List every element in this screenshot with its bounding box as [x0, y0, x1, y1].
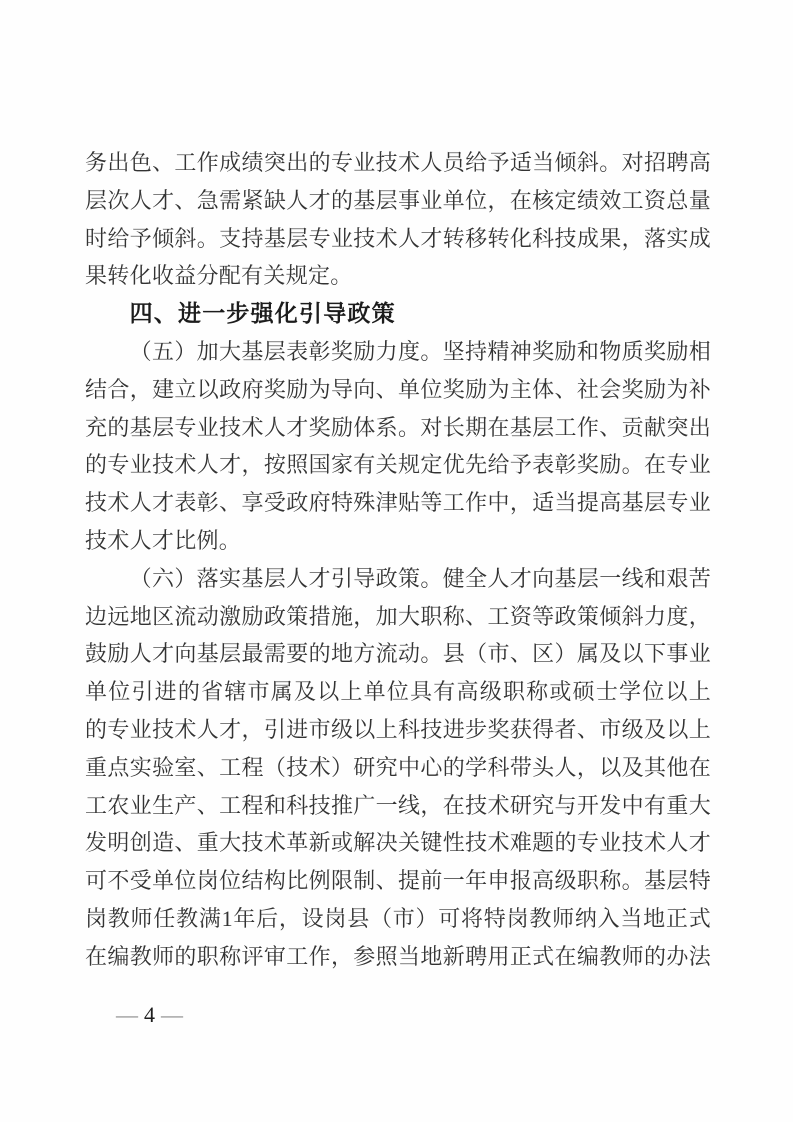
paragraph-start-line: （五）加大基层表彰奖励力度。坚持精神奖励和物质奖励相 — [85, 333, 711, 371]
page-number: —4— — [110, 1000, 189, 1030]
section-heading-line: 四、进一步强化引导政策 — [85, 295, 711, 333]
text-line: 发明创造、重大技术革新或解决关键性技术难题的专业技术人才 — [85, 824, 711, 862]
text-line: 鼓励人才向基层最需要的地方流动。县（市、区）属及以下事业 — [85, 635, 711, 673]
text-line: 技术人才比例。 — [85, 522, 711, 560]
text-line: 层次人才、急需紧缺人才的基层事业单位，在核定绩效工资总量 — [85, 182, 711, 220]
paragraph-start-line: （六）落实基层人才引导政策。健全人才向基层一线和艰苦 — [85, 560, 711, 598]
text-line: 结合，建立以政府奖励为导向、单位奖励为主体、社会奖励为补 — [85, 371, 711, 409]
text-line: 边远地区流动激励政策措施，加大职称、工资等政策倾斜力度， — [85, 598, 711, 636]
text-line: 技术人才表彰、享受政府特殊津贴等工作中，适当提高基层专业 — [85, 484, 711, 522]
document-page: 务出色、工作成绩突出的专业技术人员给予适当倾斜。对招聘高 层次人才、急需紧缺人才… — [0, 0, 793, 1122]
text-line: 务出色、工作成绩突出的专业技术人员给予适当倾斜。对招聘高 — [85, 144, 711, 182]
text-line: 重点实验室、工程（技术）研究中心的学科带头人，以及其他在 — [85, 749, 711, 787]
document-text-block: 务出色、工作成绩突出的专业技术人员给予适当倾斜。对招聘高 层次人才、急需紧缺人才… — [85, 144, 711, 976]
text-line: 单位引进的省辖市属及以上单位具有高级职称或硕士学位以上 — [85, 673, 711, 711]
text-line: 岗教师任教满1年后，设岗县（市）可将特岗教师纳入当地正式 — [85, 900, 711, 938]
text-line: 工农业生产、工程和科技推广一线，在技术研究与开发中有重大 — [85, 787, 711, 825]
page-number-dash-right: — — [155, 1002, 189, 1027]
text-line: 果转化收益分配有关规定。 — [85, 257, 711, 295]
page-number-value: 4 — [144, 1002, 155, 1027]
text-line: 可不受单位岗位结构比例限制、提前一年申报高级职称。基层特 — [85, 862, 711, 900]
page-number-dash-left: — — [110, 1002, 144, 1027]
text-line: 的专业技术人才，按照国家有关规定优先给予表彰奖励。在专业 — [85, 446, 711, 484]
text-line: 时给予倾斜。支持基层专业技术人才转移转化科技成果，落实成 — [85, 220, 711, 258]
text-line: 的专业技术人才，引进市级以上科技进步奖获得者、市级及以上 — [85, 711, 711, 749]
text-line: 在编教师的职称评审工作，参照当地新聘用正式在编教师的办法 — [85, 938, 711, 976]
text-line: 充的基层专业技术人才奖励体系。对长期在基层工作、贡献突出 — [85, 409, 711, 447]
